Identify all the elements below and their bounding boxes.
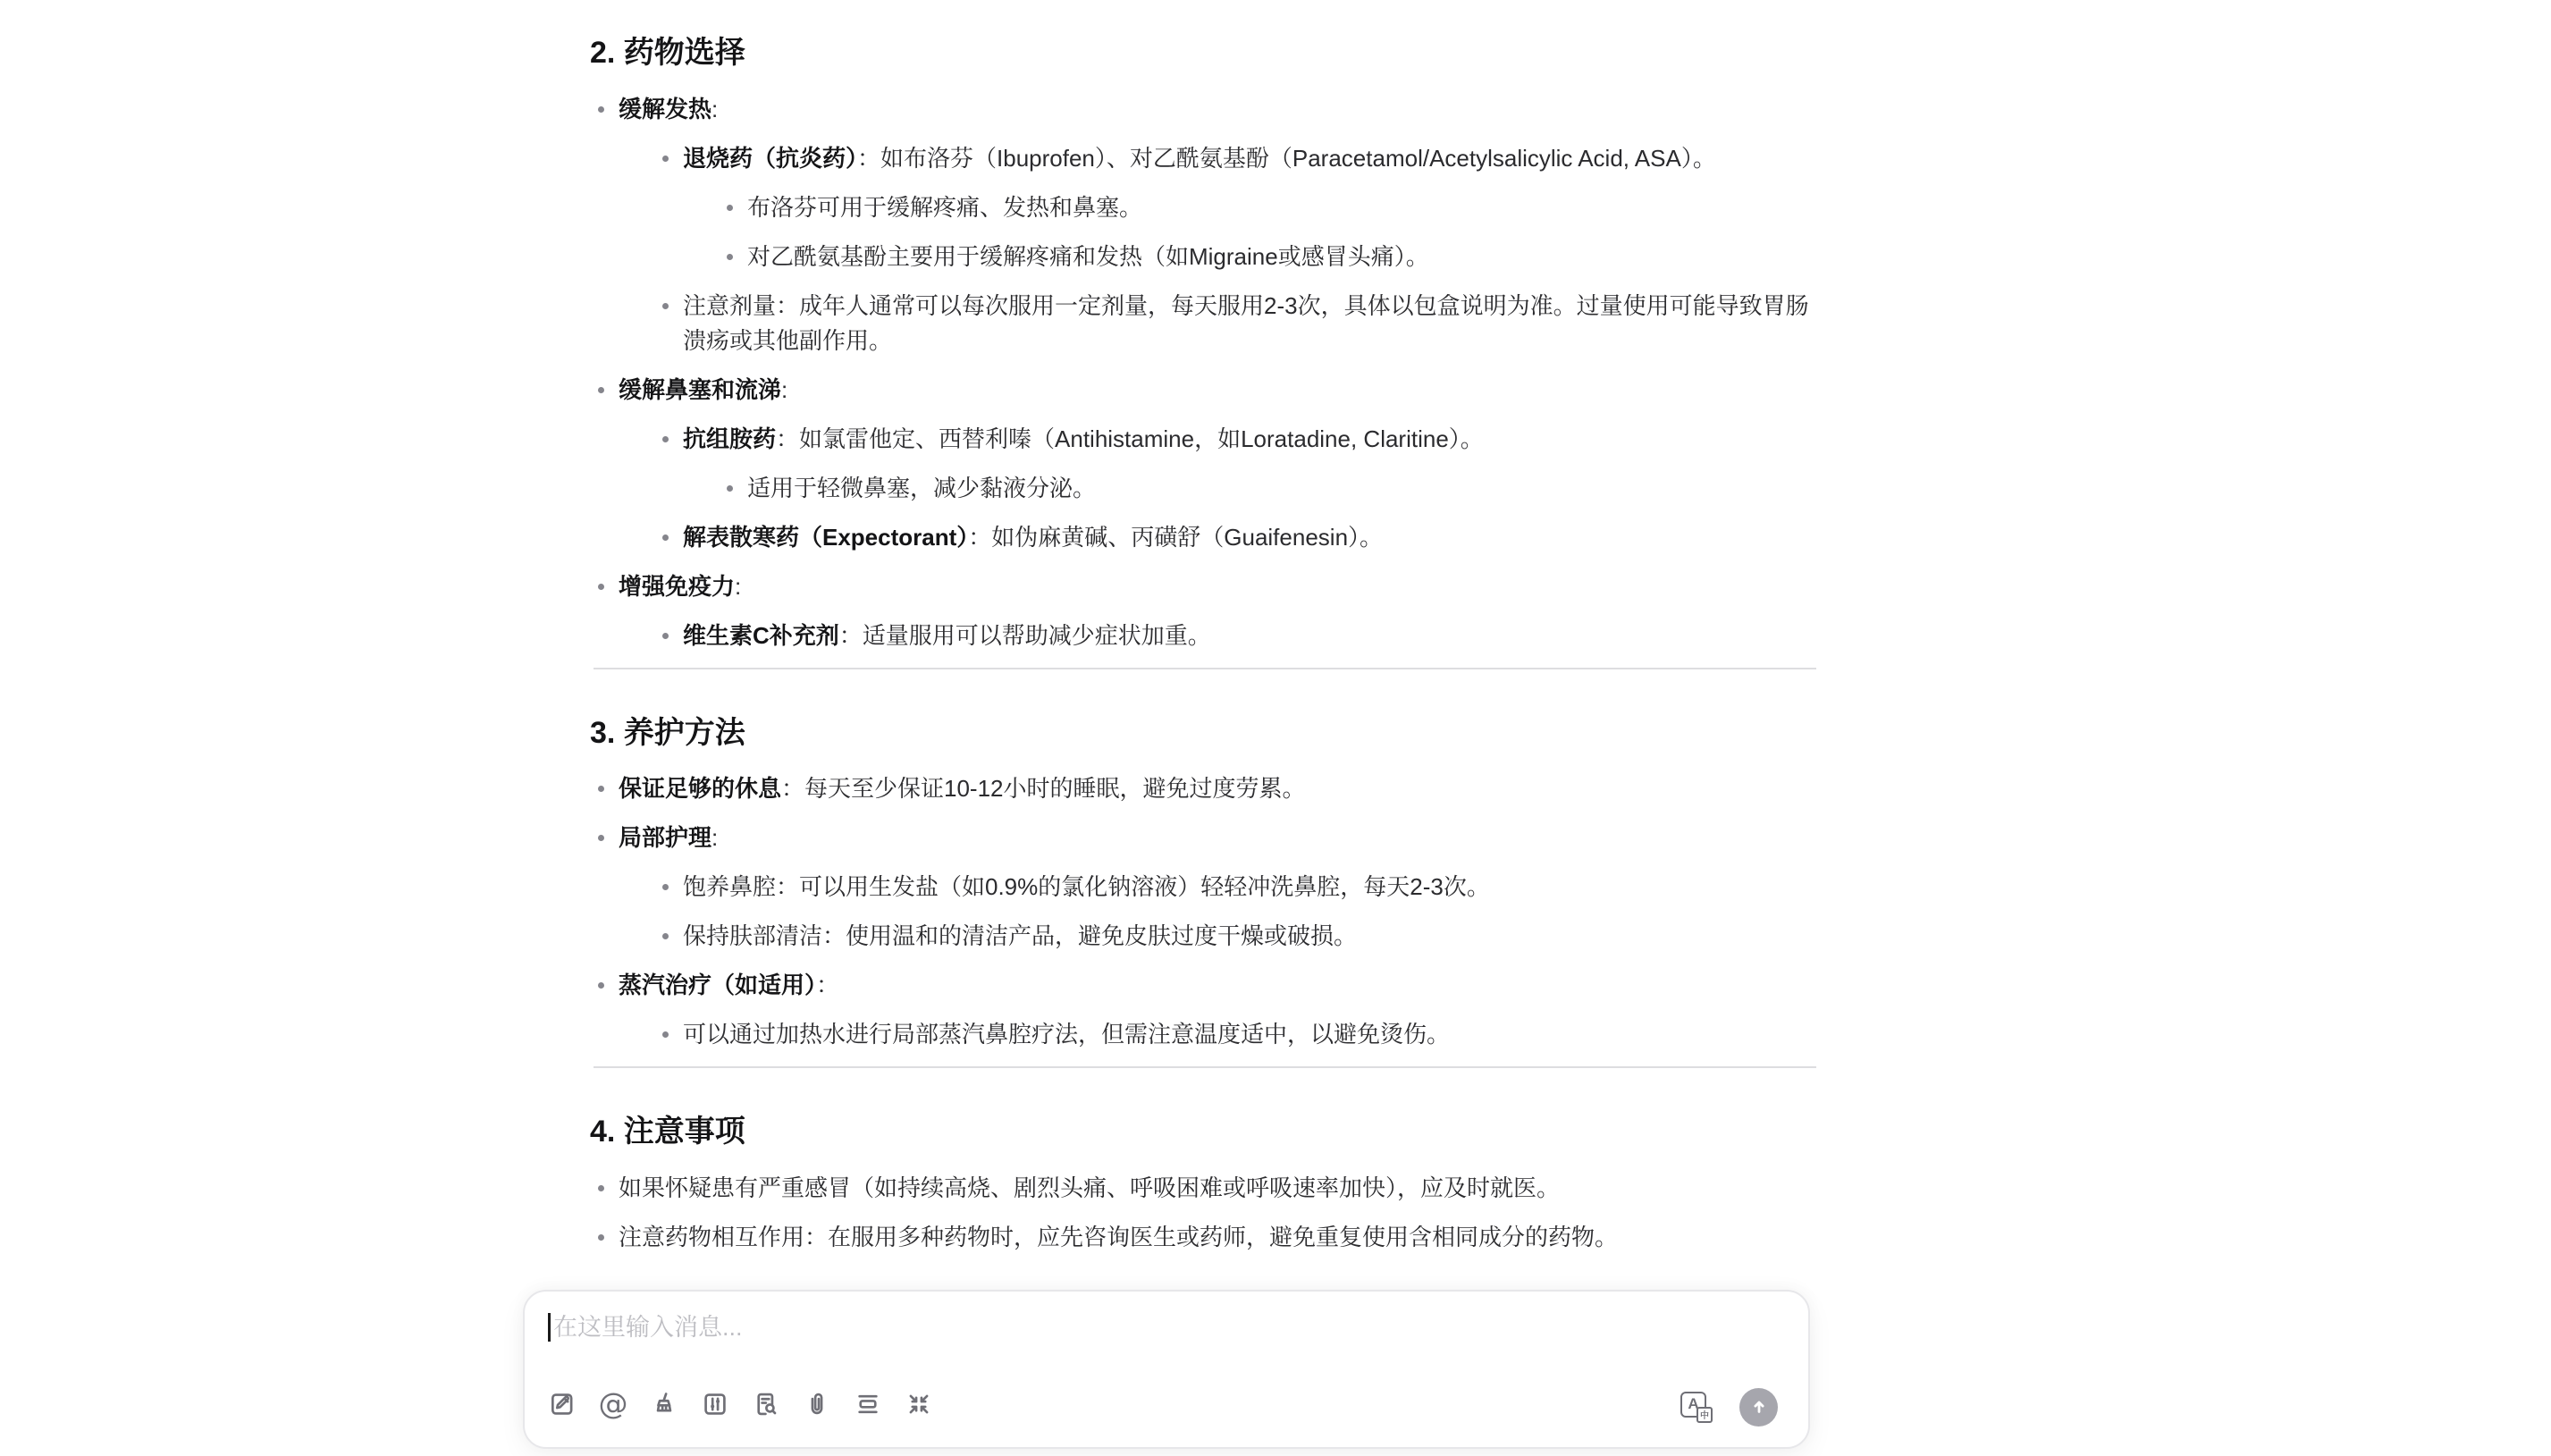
translate-icon[interactable]: A 中 (1680, 1392, 1715, 1418)
list-item-text: 饱养鼻腔：可以用生发盐（如0.9%的氯化钠溶液）轻轻冲洗鼻腔，每天2-3次。 (683, 873, 1490, 900)
list-item-term: 缓解鼻塞和流涕 (619, 376, 781, 403)
list-item-text: ：适量服用可以帮助减少症状加重。 (839, 622, 1211, 649)
list-item-text: 保持肤部清洁：使用温和的清洁产品，避免皮肤过度干燥或破损。 (683, 922, 1357, 949)
list-item: 保持肤部清洁：使用温和的清洁产品，避免皮肤过度干燥或破损。 (654, 919, 1816, 954)
list-item-text: 注意剂量：成年人通常可以每次服用一定剂量，每天服用2-3次，具体以包盒说明为准。… (683, 292, 1809, 354)
line-spacing-icon[interactable] (854, 1390, 882, 1418)
list-item: 维生素C补充剂：适量服用可以帮助减少症状加重。 (654, 619, 1816, 653)
list-item: 蒸汽治疗（如适用）：可以通过加热水进行局部蒸汽鼻腔疗法，但需注意温度适中，以避免… (590, 968, 1816, 1052)
list-item: 适用于轻微鼻塞，减少黏液分泌。 (719, 471, 1816, 506)
section-heading: 3. 养护方法 (590, 714, 1816, 753)
bullet-list: 适用于轻微鼻塞，减少黏液分泌。 (719, 471, 1816, 506)
list-item-text: ： (816, 972, 839, 998)
section-divider (594, 1066, 1816, 1068)
list-item-text: : (735, 573, 741, 600)
list-item: 对乙酰氨基酚主要用于缓解疼痛和发热（如Migraine或感冒头痛）。 (719, 240, 1816, 274)
list-item-term: 局部护理 (619, 824, 711, 851)
list-item-term: 维生素C补充剂 (683, 622, 839, 649)
list-item-term: 抗组胺药 (683, 425, 776, 452)
clear-context-icon[interactable] (650, 1390, 678, 1418)
sliders-icon[interactable] (701, 1390, 729, 1418)
message-input[interactable]: 在这里输入消息... (548, 1309, 1785, 1345)
list-item-text: 注意药物相互作用：在服用多种药物时，应先咨询医生或药师，避免重复使用含相同成分的… (619, 1224, 1618, 1250)
list-item: 抗组胺药：如氯雷他定、西替利嗪（Antihistamine，如Loratadin… (654, 422, 1816, 506)
list-item-term: 解表散寒药（Expectorant） (683, 524, 968, 551)
list-item-text: : (781, 376, 787, 403)
bullet-list: 缓解发热:退烧药（抗炎药）：如布洛芬（Ibuprofen）、对乙酰氨基酚（Par… (590, 92, 1816, 653)
bullet-list: 抗组胺药：如氯雷他定、西替利嗪（Antihistamine，如Loratadin… (654, 422, 1816, 555)
bullet-list: 退烧药（抗炎药）：如布洛芬（Ibuprofen）、对乙酰氨基酚（Paraceta… (654, 141, 1816, 358)
section-divider (594, 668, 1816, 669)
list-item: 饱养鼻腔：可以用生发盐（如0.9%的氯化钠溶液）轻轻冲洗鼻腔，每天2-3次。 (654, 870, 1816, 905)
list-item-text: : (711, 824, 718, 851)
list-item-text: 布洛芬可用于缓解疼痛、发热和鼻塞。 (747, 194, 1142, 221)
list-item-text: 如果怀疑患有严重感冒（如持续高烧、剧烈头痛、呼吸困难或呼吸速率加快），应及时就医… (619, 1174, 1560, 1201)
bullet-list: 维生素C补充剂：适量服用可以帮助减少症状加重。 (654, 619, 1816, 653)
list-item-text: ：每天至少保证10-12小时的睡眠，避免过度劳累。 (781, 775, 1306, 802)
list-item: 可以通过加热水进行局部蒸汽鼻腔疗法，但需注意温度适中，以避免烫伤。 (654, 1017, 1816, 1052)
assistant-message: 2. 药物选择缓解发热:退烧药（抗炎药）：如布洛芬（Ibuprofen）、对乙酰… (590, 0, 1816, 1269)
message-composer: 在这里输入消息... @ (523, 1290, 1810, 1449)
list-item: 注意剂量：成年人通常可以每次服用一定剂量，每天服用2-3次，具体以包盒说明为准。… (654, 289, 1816, 358)
list-item: 缓解鼻塞和流涕:抗组胺药：如氯雷他定、西替利嗪（Antihistamine，如L… (590, 373, 1816, 555)
list-item: 退烧药（抗炎药）：如布洛芬（Ibuprofen）、对乙酰氨基酚（Paraceta… (654, 141, 1816, 274)
composer-toolbar: @ (548, 1384, 1778, 1424)
text-cursor (548, 1313, 551, 1342)
list-item: 保证足够的休息：每天至少保证10-12小时的睡眠，避免过度劳累。 (590, 771, 1816, 806)
at-glyph: @ (599, 1390, 628, 1418)
list-item-clipped: 注意药物相互作用：在服用多种药物时，应先咨询医生或药师，避免重复使用含相同成分的… (590, 1220, 1816, 1255)
list-item-term: 缓解发热 (619, 96, 711, 122)
bullet-list: 饱养鼻腔：可以用生发盐（如0.9%的氯化钠溶液）轻轻冲洗鼻腔，每天2-3次。保持… (654, 870, 1816, 954)
list-item: 增强免疫力:维生素C补充剂：适量服用可以帮助减少症状加重。 (590, 569, 1816, 653)
bullet-list: 可以通过加热水进行局部蒸汽鼻腔疗法，但需注意温度适中，以避免烫伤。 (654, 1017, 1816, 1052)
bullet-list: 保证足够的休息：每天至少保证10-12小时的睡眠，避免过度劳累。局部护理:饱养鼻… (590, 771, 1816, 1052)
list-item-term: 蒸汽治疗（如适用） (619, 972, 816, 998)
fullscreen-toggle-icon[interactable] (905, 1390, 933, 1418)
bullet-list: 如果怀疑患有严重感冒（如持续高烧、剧烈头痛、呼吸困难或呼吸速率加快），应及时就医… (590, 1171, 1816, 1255)
list-item: 解表散寒药（Expectorant）：如伪麻黄碱、丙磺舒（Guaifenesin… (654, 520, 1816, 555)
compose-icon[interactable] (548, 1390, 577, 1418)
arrow-up-icon (1747, 1395, 1771, 1418)
list-item: 局部护理:饱养鼻腔：可以用生发盐（如0.9%的氯化钠溶液）轻轻冲洗鼻腔，每天2-… (590, 821, 1816, 954)
section-heading: 4. 注意事项 (590, 1113, 1816, 1151)
list-item: 布洛芬可用于缓解疼痛、发热和鼻塞。 (719, 190, 1816, 225)
list-item-term: 增强免疫力 (619, 573, 735, 600)
list-item-text: ：如氯雷他定、西替利嗪（Antihistamine，如Loratadine, C… (776, 425, 1484, 452)
list-item: 如果怀疑患有严重感冒（如持续高烧、剧烈头痛、呼吸困难或呼吸速率加快），应及时就医… (590, 1171, 1816, 1206)
doc-search-icon[interactable] (752, 1390, 780, 1418)
translate-badge-glyph: 中 (1696, 1407, 1713, 1423)
bullet-list: 布洛芬可用于缓解疼痛、发热和鼻塞。对乙酰氨基酚主要用于缓解疼痛和发热（如Migr… (719, 190, 1816, 274)
translate-letter: A 中 (1680, 1392, 1706, 1418)
attachment-icon[interactable] (803, 1390, 831, 1418)
send-button[interactable] (1739, 1388, 1778, 1427)
section-heading: 2. 药物选择 (590, 34, 1816, 72)
list-item-text: 适用于轻微鼻塞，减少黏液分泌。 (747, 475, 1096, 501)
list-item-term: 保证足够的休息 (619, 775, 781, 802)
list-item-text: ：如伪麻黄碱、丙磺舒（Guaifenesin）。 (968, 524, 1383, 551)
mention-icon[interactable]: @ (599, 1390, 627, 1418)
list-item-text: ：如布洛芬（Ibuprofen）、对乙酰氨基酚（Paracetamol/Acet… (857, 145, 1716, 172)
input-placeholder: 在这里输入消息... (553, 1312, 743, 1342)
list-item-text: 可以通过加热水进行局部蒸汽鼻腔疗法，但需注意温度适中，以避免烫伤。 (683, 1021, 1450, 1048)
list-item-term: 退烧药（抗炎药） (683, 145, 857, 172)
list-item-text: : (711, 96, 718, 122)
list-item-text: 对乙酰氨基酚主要用于缓解疼痛和发热（如Migraine或感冒头痛）。 (747, 243, 1429, 270)
list-item: 缓解发热:退烧药（抗炎药）：如布洛芬（Ibuprofen）、对乙酰氨基酚（Par… (590, 92, 1816, 358)
